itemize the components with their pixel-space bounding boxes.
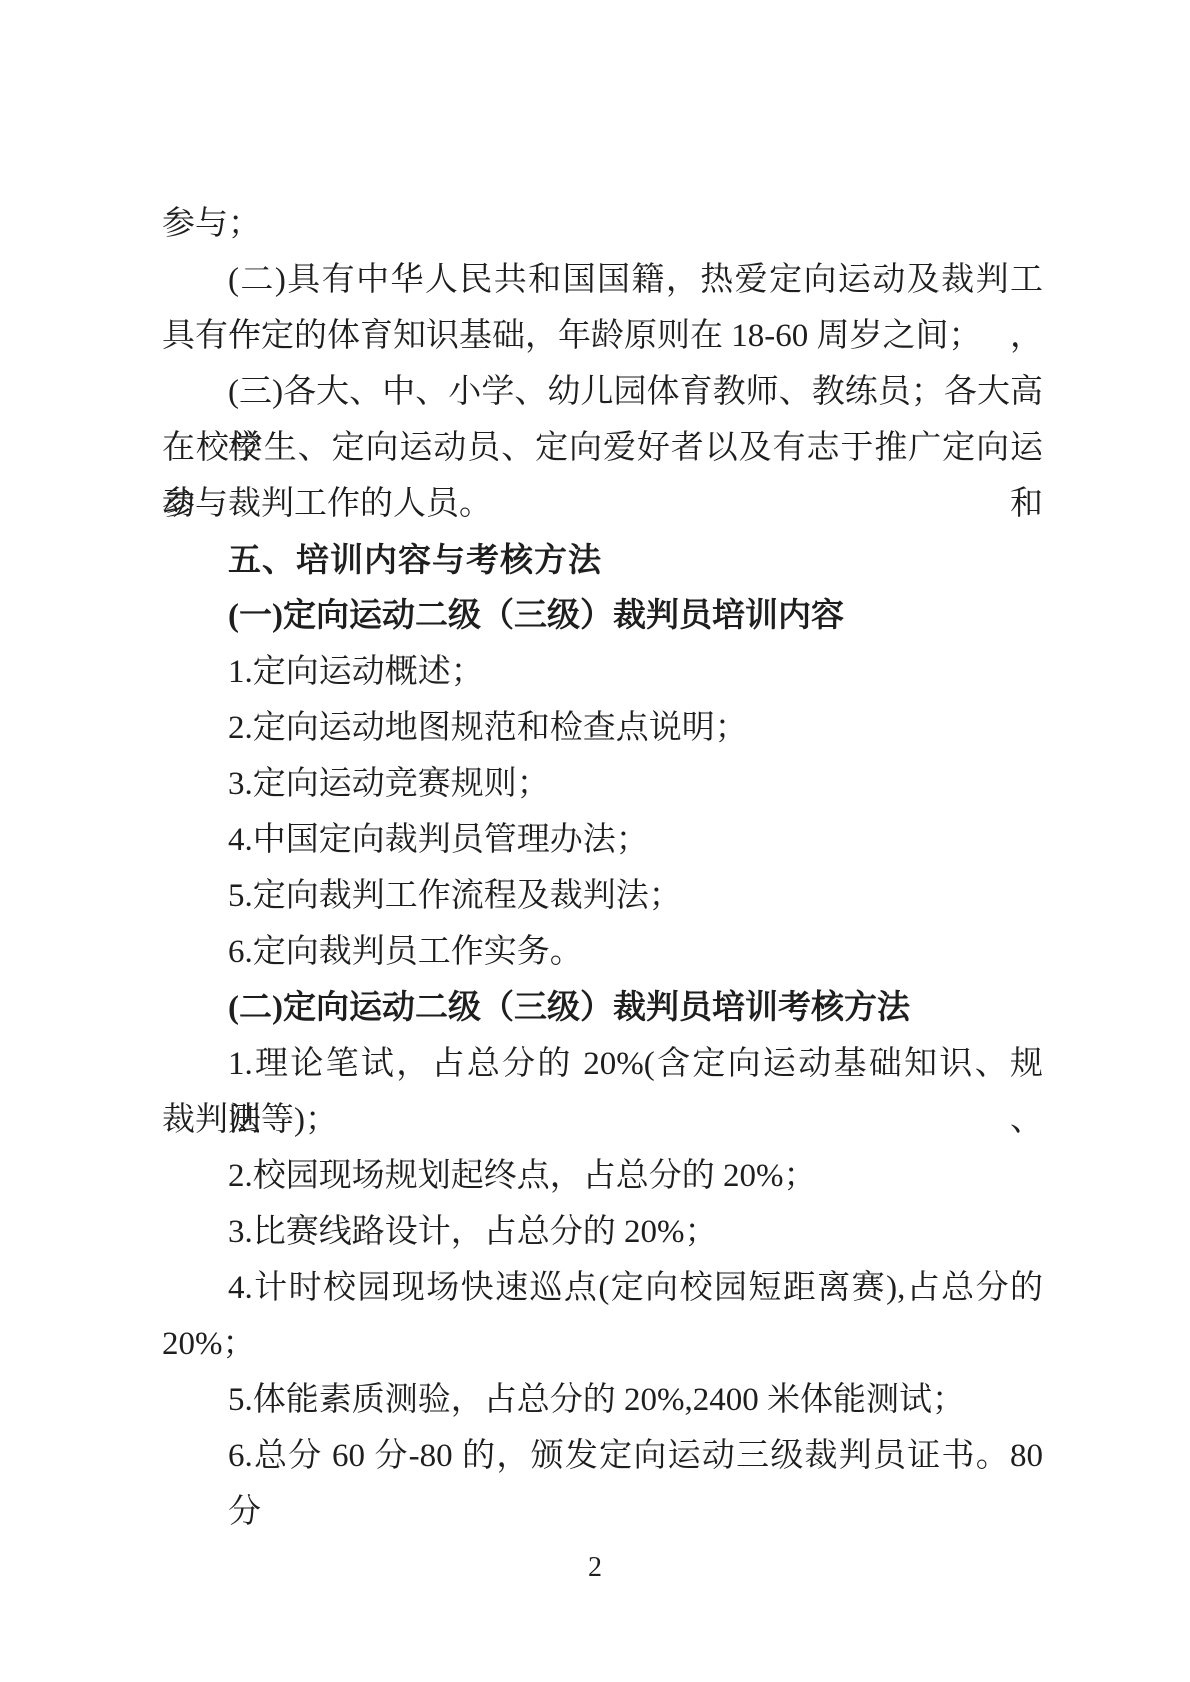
text-line: 4.计时校园现场快速巡点(定向校园短距离赛),占总分的 <box>162 1260 1043 1316</box>
text-line: 3.比赛线路设计，占总分的 20%； <box>162 1204 1043 1260</box>
text-line: 5.定向裁判工作流程及裁判法； <box>162 868 1043 924</box>
text-line: 2.定向运动地图规范和检查点说明； <box>162 700 1043 756</box>
page-number: 2 <box>0 1548 1190 1588</box>
document-body: 参与；(二)具有中华人民共和国国籍，热爱定向运动及裁判工作，具有一定的体育知识基… <box>162 196 1043 1484</box>
text-line: (一)定向运动二级（三级）裁判员培训内容 <box>162 588 1043 644</box>
text-line: 在校学生、定向运动员、定向爱好者以及有志于推广定向运动和 <box>162 420 1043 476</box>
text-line: 5.体能素质测验，占总分的 20%,2400 米体能测试； <box>162 1372 1043 1428</box>
text-line: 1.理论笔试，占总分的 20%(含定向运动基础知识、规则、 <box>162 1036 1043 1092</box>
text-line: 五、培训内容与考核方法 <box>162 532 1043 588</box>
text-line: (二)具有中华人民共和国国籍，热爱定向运动及裁判工作， <box>162 252 1043 308</box>
document-page: 参与；(二)具有中华人民共和国国籍，热爱定向运动及裁判工作，具有一定的体育知识基… <box>0 0 1190 1682</box>
text-line: (三)各大、中、小学、幼儿园体育教师、教练员；各大高校 <box>162 364 1043 420</box>
text-line: 1.定向运动概述； <box>162 644 1043 700</box>
text-line: 20%； <box>162 1316 1043 1372</box>
text-line: 4.中国定向裁判员管理办法； <box>162 812 1043 868</box>
text-line: 6.定向裁判员工作实务。 <box>162 924 1043 980</box>
text-line: 3.定向运动竞赛规则； <box>162 756 1043 812</box>
text-line: 6.总分 60 分-80 的，颁发定向运动三级裁判员证书。80 分 <box>162 1428 1043 1484</box>
text-line: 具有一定的体育知识基础，年龄原则在 18-60 周岁之间； <box>162 308 1043 364</box>
text-line: (二)定向运动二级（三级）裁判员培训考核方法 <box>162 980 1043 1036</box>
text-line: 参与； <box>162 196 1043 252</box>
text-line: 2.校园现场规划起终点，占总分的 20%； <box>162 1148 1043 1204</box>
